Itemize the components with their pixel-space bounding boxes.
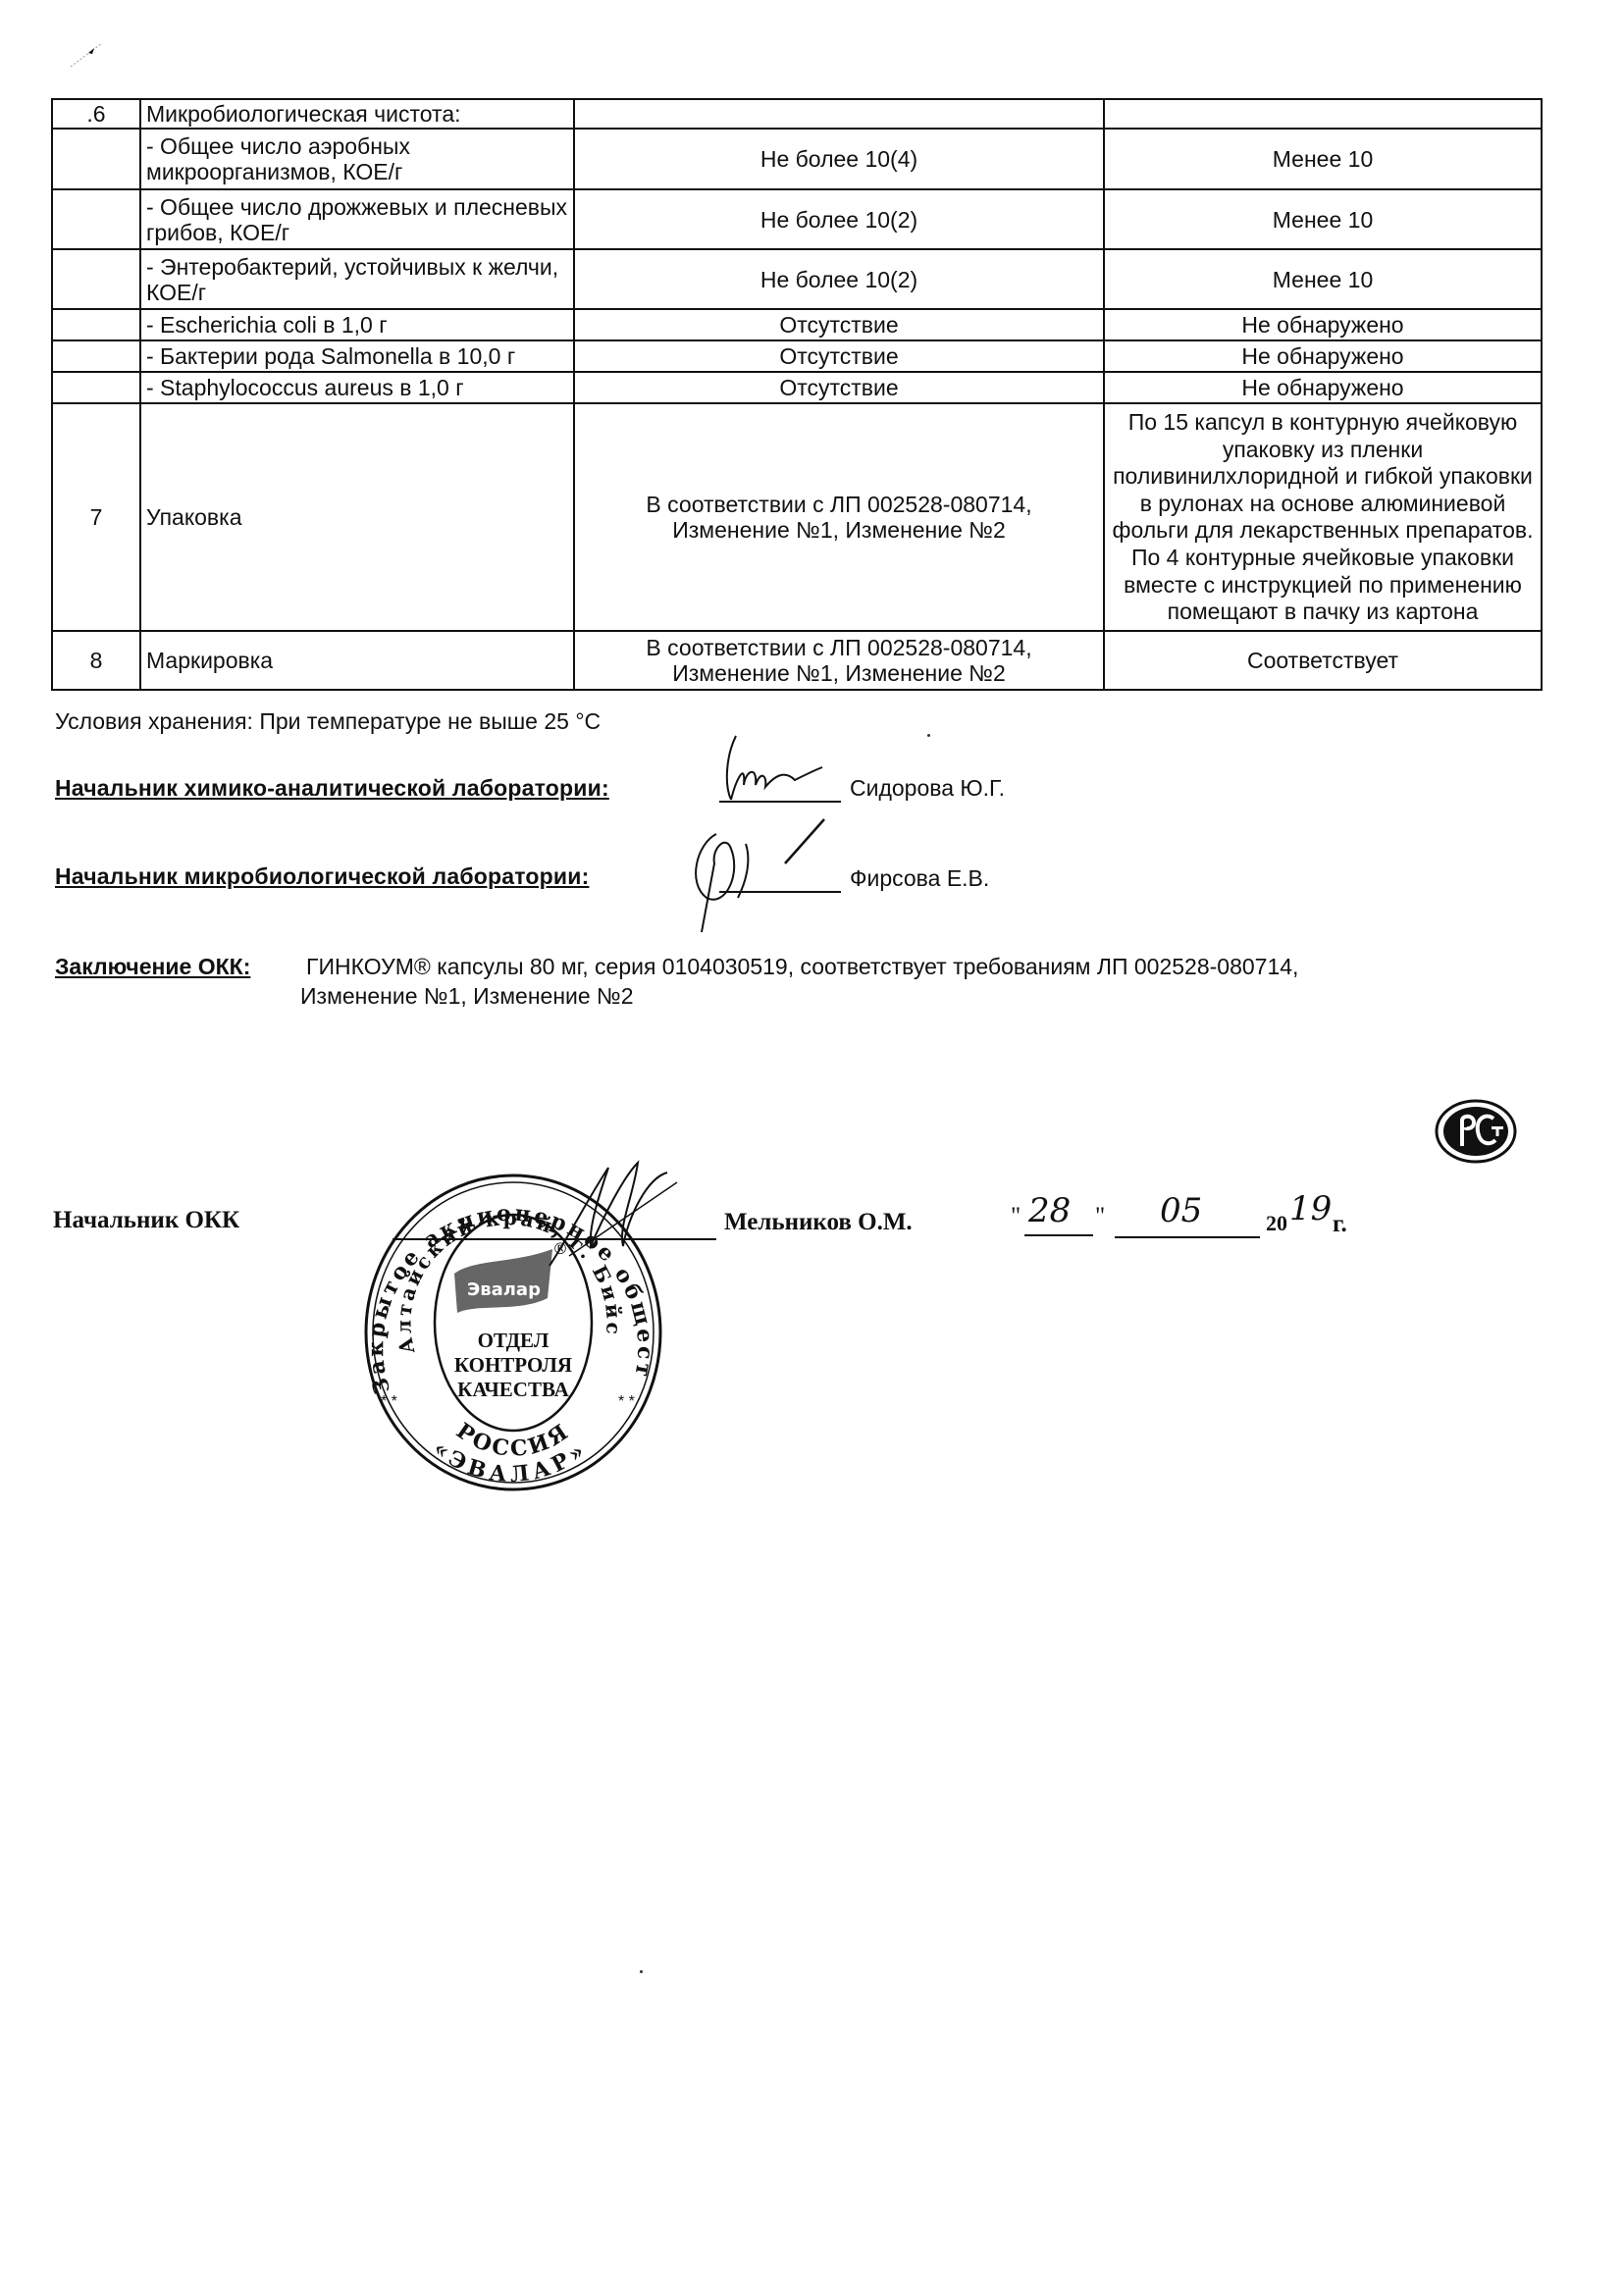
table-row: - Общее число аэробных микроорганизмов, …: [52, 129, 1542, 189]
test-name: - Escherichia coli в 1,0 г: [140, 309, 574, 340]
date-day-line: [1024, 1234, 1093, 1236]
test-norm: В соответствии с ЛП 002528-080714, Измен…: [574, 403, 1104, 631]
stamp-center-line1: ОТДЕЛ: [478, 1329, 550, 1352]
stamp-center-line3: КАЧЕСТВА: [457, 1378, 569, 1401]
row-number: [52, 372, 140, 403]
table-row: 8 Маркировка В соответствии с ЛП 002528-…: [52, 631, 1542, 690]
storage-conditions: Условия хранения: При температуре не выш…: [55, 708, 601, 735]
test-result: Менее 10: [1104, 189, 1542, 249]
chem-lab-signature-icon: [707, 726, 854, 814]
test-norm: Не более 10(2): [574, 249, 1104, 309]
micro-lab-name: Фирсова Е.В.: [850, 865, 989, 892]
head-okk-signature-line: [393, 1238, 716, 1240]
row-number: 8: [52, 631, 140, 690]
table-row: - Энтеробактерий, устойчивых к желчи, КО…: [52, 249, 1542, 309]
table-row: - Escherichia coli в 1,0 г Отсутствие Не…: [52, 309, 1542, 340]
test-norm: Не более 10(2): [574, 189, 1104, 249]
test-norm: В соответствии с ЛП 002528-080714, Измен…: [574, 631, 1104, 690]
test-norm: Не более 10(4): [574, 129, 1104, 189]
row-number: 7: [52, 403, 140, 631]
test-result: [1104, 99, 1542, 129]
micro-lab-signature-row: Начальник микробиологической лаборатории…: [55, 863, 589, 890]
svg-text:* *: * *: [618, 1393, 635, 1410]
scan-speck: [610, 1311, 613, 1314]
test-name: Микробиологическая чистота:: [140, 99, 574, 129]
row-number: .6: [52, 99, 140, 129]
stamp-center-line2: КОНТРОЛЯ: [454, 1353, 572, 1377]
row-number: [52, 249, 140, 309]
table-row: - Бактерии рода Salmonella в 10,0 г Отсу…: [52, 340, 1542, 372]
date-day: 28: [1028, 1191, 1071, 1230]
test-name: - Общее число аэробных микроорганизмов, …: [140, 129, 574, 189]
test-name: - Общее число дрожжевых и плесневых гриб…: [140, 189, 574, 249]
date-year-prefix: 20: [1266, 1211, 1287, 1236]
head-okk-label: Начальник ОКК: [53, 1207, 239, 1234]
table-row: - Staphylococcus aureus в 1,0 г Отсутств…: [52, 372, 1542, 403]
test-result: Менее 10: [1104, 129, 1542, 189]
scan-speck: [640, 1970, 643, 1973]
test-result: Менее 10: [1104, 249, 1542, 309]
test-norm: [574, 99, 1104, 129]
test-result: Соответствует: [1104, 631, 1542, 690]
test-name: - Энтеробактерий, устойчивых к желчи, КО…: [140, 249, 574, 309]
micro-lab-signature-icon: [677, 805, 864, 942]
table-row: - Общее число дрожжевых и плесневых гриб…: [52, 189, 1542, 249]
conclusion-label: Заключение ОКК:: [55, 954, 250, 980]
chem-lab-name: Сидорова Ю.Г.: [850, 775, 1005, 802]
date-month: 05: [1160, 1191, 1202, 1230]
test-name: - Staphylococcus aureus в 1,0 г: [140, 372, 574, 403]
head-okk-name: Мельников О.М.: [724, 1209, 913, 1236]
conclusion-text-line1: ГИНКОУМ® капсулы 80 мг, серия 0104030519…: [306, 954, 1464, 980]
row-number: [52, 309, 140, 340]
test-result: Не обнаружено: [1104, 340, 1542, 372]
chem-lab-label: Начальник химико-аналитической лаборатор…: [55, 775, 609, 801]
head-okk-signature-icon: [530, 1158, 726, 1276]
row-number: [52, 129, 140, 189]
test-norm: Отсутствие: [574, 340, 1104, 372]
test-norm: Отсутствие: [574, 309, 1104, 340]
table-row: .6 Микробиологическая чистота:: [52, 99, 1542, 129]
test-result: По 15 капсул в контурную ячейковую упако…: [1104, 403, 1542, 631]
chem-lab-signature-row: Начальник химико-аналитической лаборатор…: [55, 775, 609, 802]
svg-text:* *: * *: [381, 1393, 397, 1410]
stamp-brand: Эвалар: [467, 1279, 541, 1300]
conclusion-text-line2: Изменение №1, Изменение №2: [300, 983, 634, 1010]
test-name: Маркировка: [140, 631, 574, 690]
test-name: Упаковка: [140, 403, 574, 631]
date-suffix: г.: [1333, 1211, 1347, 1238]
test-results-table: .6 Микробиологическая чистота: - Общее ч…: [51, 98, 1543, 691]
date-year-suffix: 19: [1289, 1189, 1332, 1228]
test-name: - Бактерии рода Salmonella в 10,0 г: [140, 340, 574, 372]
date-month-line: [1115, 1236, 1260, 1238]
rst-certification-mark-icon: [1435, 1099, 1517, 1164]
test-result: Не обнаружено: [1104, 372, 1542, 403]
micro-lab-label: Начальник микробиологической лаборатории…: [55, 863, 589, 889]
table-row: 7 Упаковка В соответствии с ЛП 002528-08…: [52, 403, 1542, 631]
date-close-quote: ": [1095, 1203, 1105, 1230]
date-open-quote: ": [1011, 1203, 1021, 1230]
scan-mark-icon: [69, 39, 108, 69]
row-number: [52, 340, 140, 372]
test-result: Не обнаружено: [1104, 309, 1542, 340]
scan-speck: [927, 734, 930, 737]
test-norm: Отсутствие: [574, 372, 1104, 403]
row-number: [52, 189, 140, 249]
